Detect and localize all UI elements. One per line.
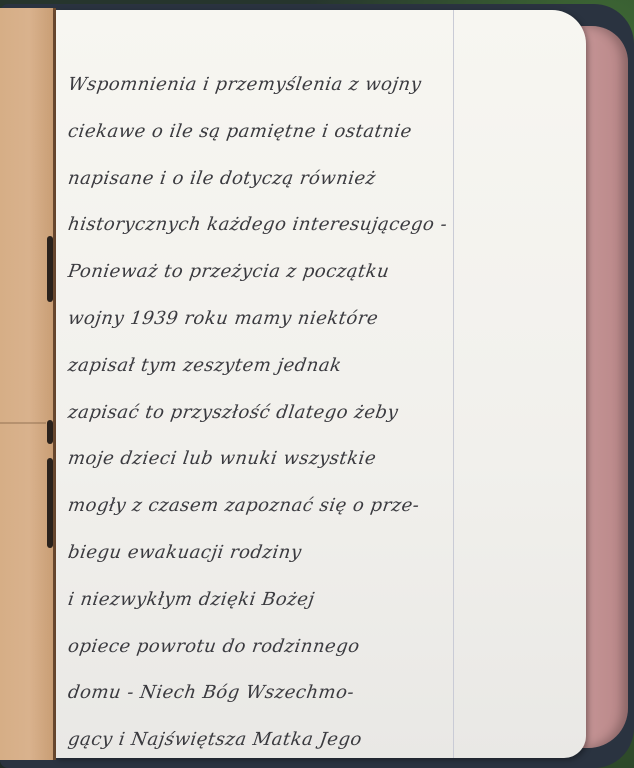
notebook-flyleaf [0,8,56,760]
text-line: moje dzieci lub wnuki wszystkie [65,436,472,483]
binding-stitch [47,420,53,444]
text-line: historycznych każdego interesującego - [65,202,472,249]
text-line: mogły z czasem zapoznać się o prze- [65,483,472,530]
text-line: opiece powrotu do rodzinnego [65,624,472,671]
text-line: Wspomnienia i przemyślenia z wojny [65,62,472,109]
text-line: ciekawe o ile są pamiętne i ostatnie [65,109,472,156]
text-line: gący i Najświętsza Matka Jego [65,717,472,758]
text-line: Ponieważ to przeżycia z początku [65,249,472,296]
binding-stitch [47,458,53,548]
text-line: zapisać to przyszłość dlatego żeby [65,390,472,437]
handwritten-text: Wspomnienia i przemyślenia z wojny cieka… [68,62,468,758]
text-line: zapisał tym zeszytem jednak [65,343,472,390]
text-line: i niezwykłym dzięki Bożej [65,577,472,624]
flyleaf-crease [0,422,46,424]
text-line: wojny 1939 roku mamy niektóre [65,296,472,343]
text-line: domu - Niech Bóg Wszechmo- [65,670,472,717]
binding-stitch [47,236,53,302]
text-line: biegu ewakuacji rodziny [65,530,472,577]
text-line: napisane i o ile dotyczą również [65,156,472,203]
notebook-page: Wspomnienia i przemyślenia z wojny cieka… [56,10,586,758]
